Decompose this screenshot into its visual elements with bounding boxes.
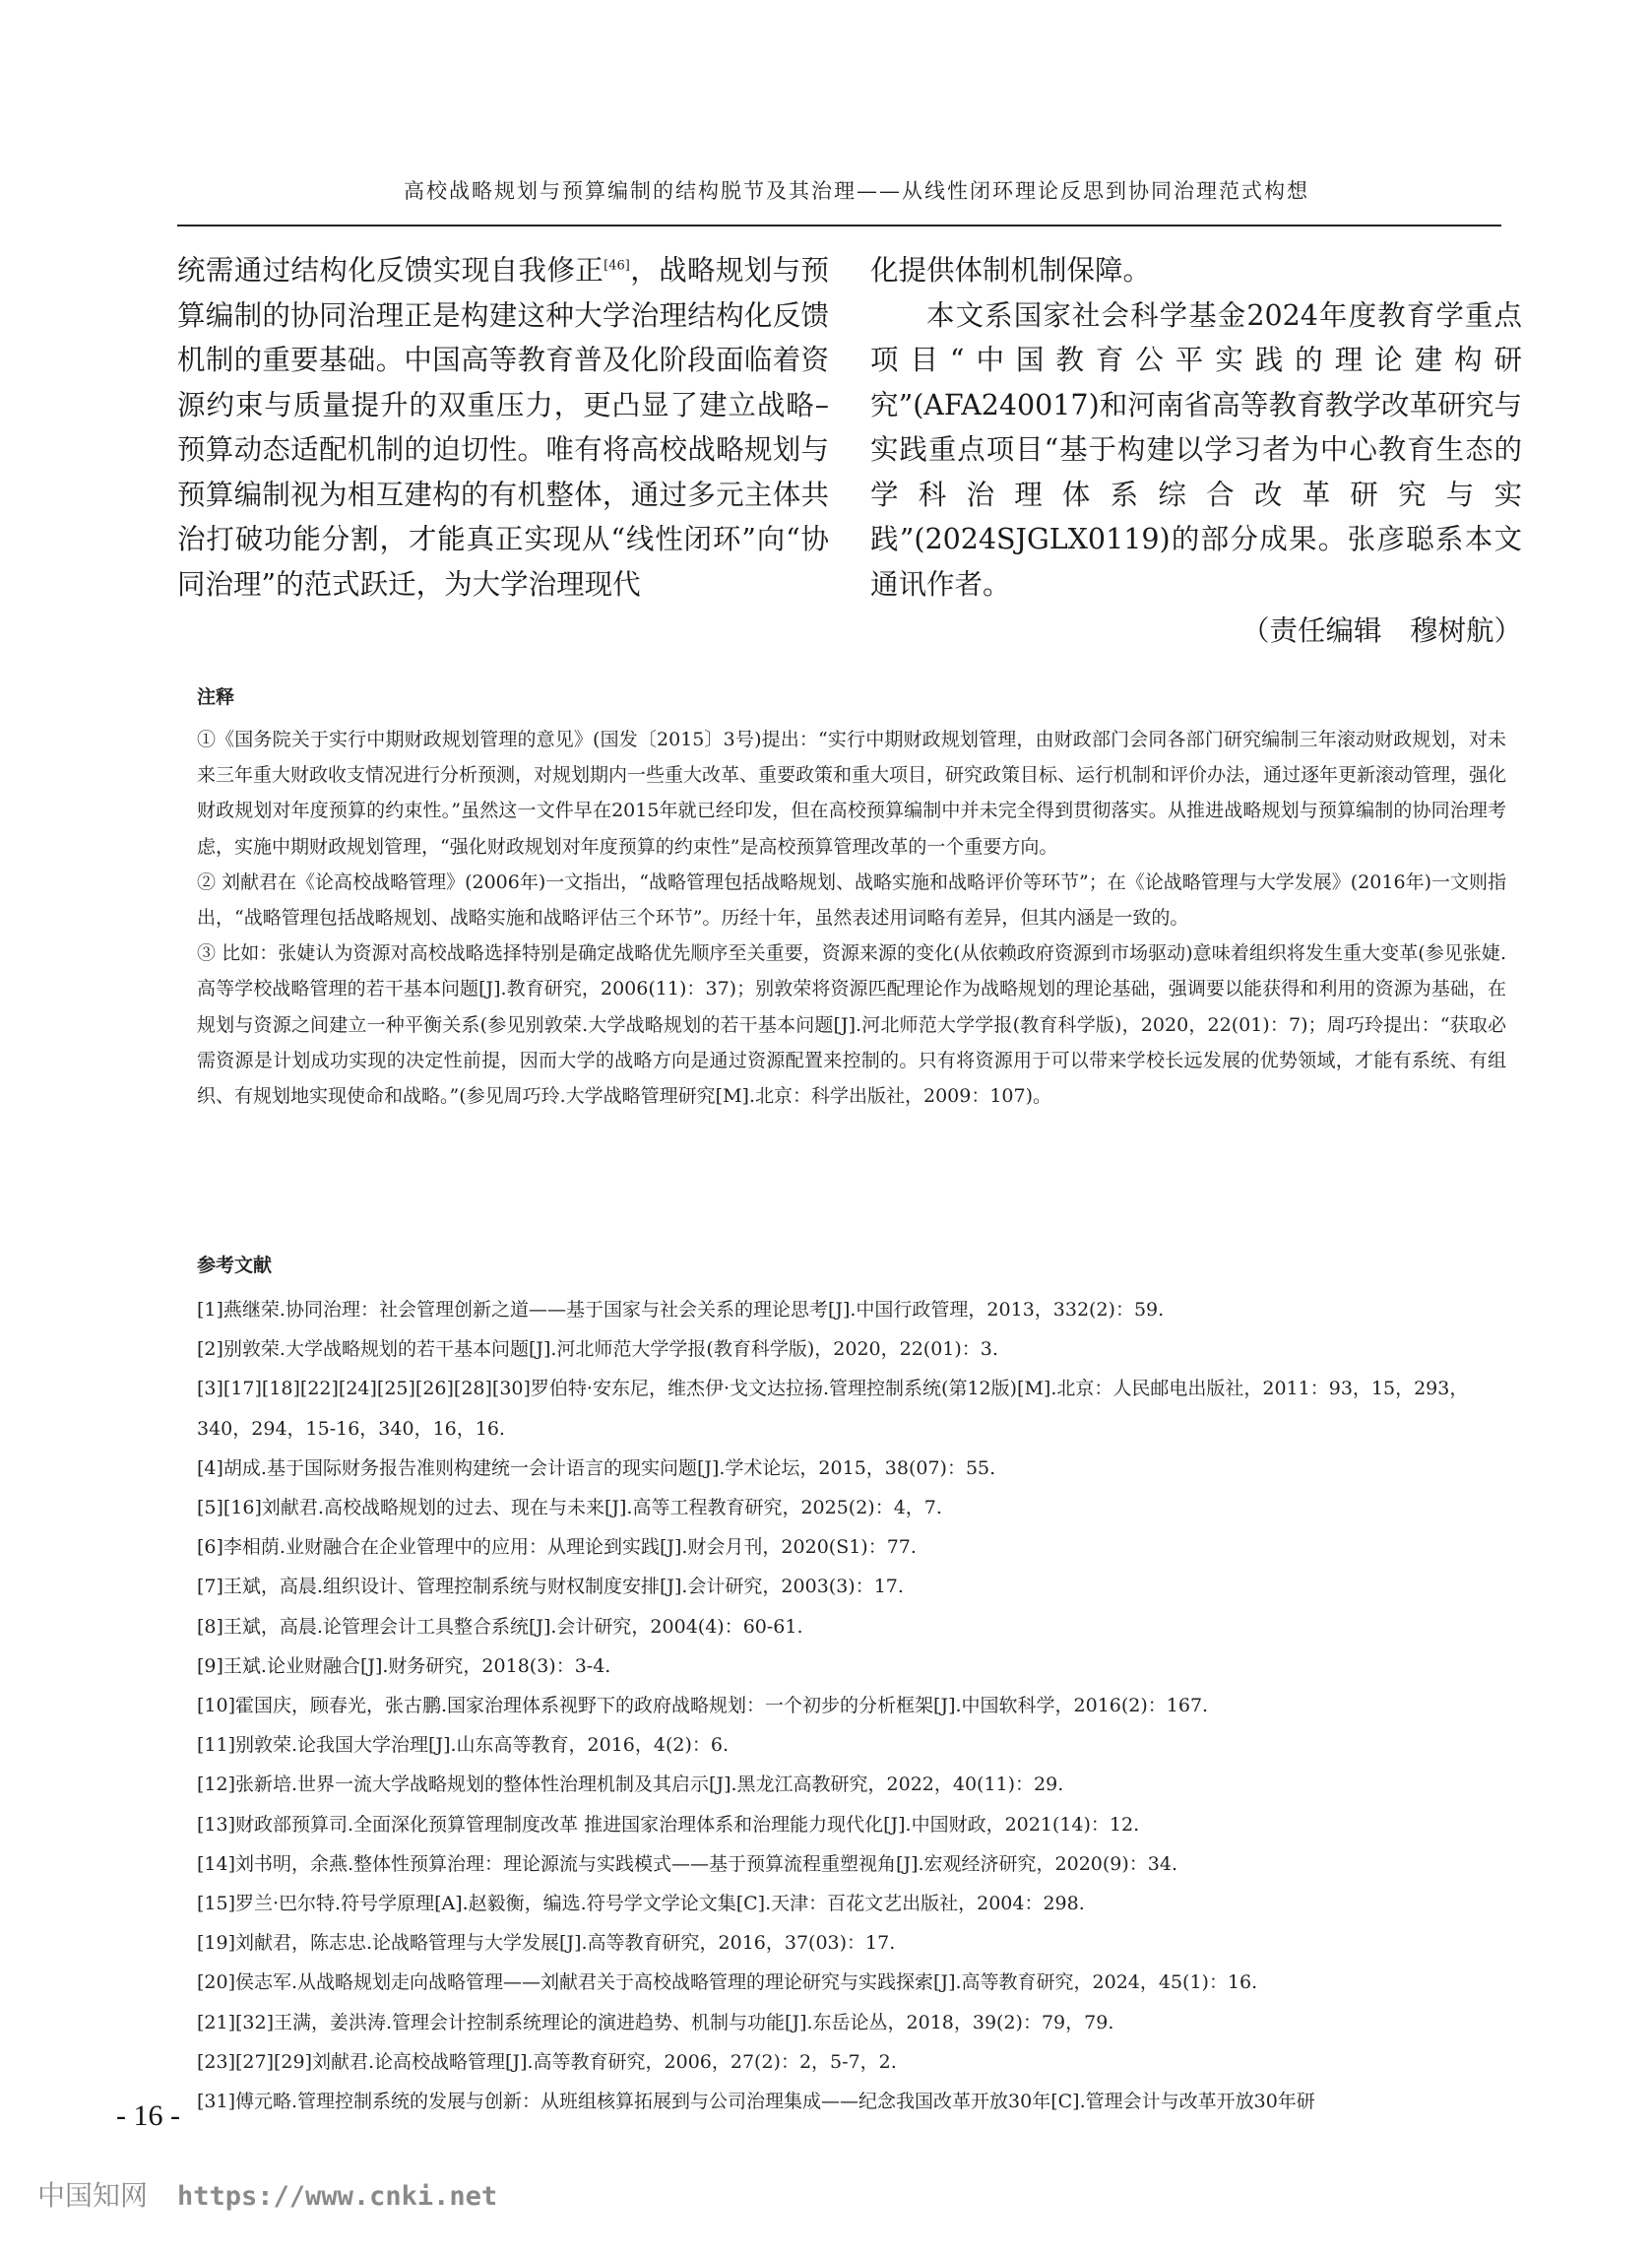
references-title: 参考文献 bbox=[197, 1251, 272, 1277]
header-rule bbox=[177, 225, 1501, 226]
reference-item: [15]罗兰·巴尔特.符号学原理[A].赵毅衡，编选.符号学文学论文集[C].天… bbox=[197, 1884, 1516, 1923]
reference-item: [20]侯志军.从战略规划走向战略管理——刘献君关于高校战略管理的理论研究与实践… bbox=[197, 1963, 1516, 2002]
cnki-watermark: 中国知网https://www.cnki.net bbox=[37, 2174, 497, 2214]
running-head: 高校战略规划与预算编制的结构脱节及其治理——从线性闭环理论反思到协同治理范式构想 bbox=[177, 175, 1536, 205]
reference-item: [31]傅元略.管理控制系统的发展与创新：从班组核算拓展到与公司治理集成——纪念… bbox=[197, 2082, 1516, 2121]
page-number: - 16 - bbox=[116, 2099, 180, 2133]
reference-item: [2]别敦荣.大学战略规划的若干基本问题[J].河北师范大学学报(教育科学版)，… bbox=[197, 1329, 1516, 1369]
note-item: ② 刘献君在《论高校战略管理》(2006年)一文指出，“战略管理包括战略规划、战… bbox=[197, 865, 1506, 935]
editor-credit: （责任编辑 穆树航） bbox=[870, 609, 1522, 654]
reference-item: [7]王斌，高晨.组织设计、管理控制系统与财权制度安排[J].会计研究，2003… bbox=[197, 1567, 1516, 1606]
body-text: 统需通过结构化反馈实现自我修正 bbox=[177, 254, 604, 287]
reference-item: [9]王斌.论业财融合[J].财务研究，2018(3)：3-4. bbox=[197, 1646, 1516, 1686]
watermark-url[interactable]: https://www.cnki.net bbox=[177, 2181, 497, 2212]
references-list: [1]燕继荣.协同治理：社会管理创新之道——基于国家与社会关系的理论思考[J].… bbox=[197, 1290, 1516, 2121]
notes-list: ①《国务院关于实行中期财政规划管理的意见》(国发〔2015〕3号)提出：“实行中… bbox=[197, 722, 1506, 1114]
reference-item: [12]张新培.世界一流大学战略规划的整体性治理机制及其启示[J].黑龙江高教研… bbox=[197, 1765, 1516, 1804]
reference-item: [6]李相荫.业财融合在企业管理中的应用：从理论到实践[J].财会月刊，2020… bbox=[197, 1527, 1516, 1567]
citation-superscript[interactable]: [46] bbox=[604, 259, 630, 274]
reference-item: [23][27][29]刘献君.论高校战略管理[J].高等教育研究，2006，2… bbox=[197, 2042, 1516, 2082]
reference-item: [10]霍国庆，顾春光，张古鹏.国家治理体系视野下的政府战略规划：一个初步的分析… bbox=[197, 1686, 1516, 1725]
reference-item: [4]胡成.基于国际财务报告准则构建统一会计语言的现实问题[J].学术论坛，20… bbox=[197, 1449, 1516, 1488]
body-column-left: 统需通过结构化反馈实现自我修正[46]，战略规划与预算编制的协同治理正是构建这种… bbox=[177, 248, 829, 607]
notes-title: 注释 bbox=[197, 682, 234, 709]
body-column-right: 化提供体制机制保障。 本文系国家社会科学基金2024年度教育学重点项目“中国教育… bbox=[870, 248, 1522, 654]
body-continuation: 化提供体制机制保障。 bbox=[870, 248, 1522, 293]
reference-item: [3][17][18][22][24][25][26][28][30]罗伯特·安… bbox=[197, 1369, 1516, 1448]
reference-item: [11]别敦荣.论我国大学治理[J].山东高等教育，2016，4(2)：6. bbox=[197, 1725, 1516, 1765]
body-paragraph: 统需通过结构化反馈实现自我修正[46]，战略规划与预算编制的协同治理正是构建这种… bbox=[177, 248, 829, 607]
funding-note: 本文系国家社会科学基金2024年度教育学重点项目“中国教育公平实践的理论建构研究… bbox=[870, 293, 1522, 608]
reference-item: [13]财政部预算司.全面深化预算管理制度改革 推进国家治理体系和治理能力现代化… bbox=[197, 1805, 1516, 1844]
reference-item: [21][32]王满，姜洪涛.管理会计控制系统理论的演进趋势、机制与功能[J].… bbox=[197, 2003, 1516, 2042]
reference-item: [14]刘书明，余燕.整体性预算治理：理论源流与实践模式——基于预算流程重塑视角… bbox=[197, 1844, 1516, 1884]
reference-item: [19]刘献君，陈志忠.论战略管理与大学发展[J].高等教育研究，2016，37… bbox=[197, 1923, 1516, 1963]
reference-item: [5][16]刘献君.高校战略规划的过去、现在与未来[J].高等工程教育研究，2… bbox=[197, 1488, 1516, 1527]
note-item: ①《国务院关于实行中期财政规划管理的意见》(国发〔2015〕3号)提出：“实行中… bbox=[197, 722, 1506, 865]
watermark-name: 中国知网 bbox=[37, 2179, 148, 2212]
body-text: ，战略规划与预算编制的协同治理正是构建这种大学治理结构化反馈机制的重要基础。中国… bbox=[177, 254, 829, 601]
note-item: ③ 比如：张婕认为资源对高校战略选择特别是确定战略优先顺序至关重要，资源来源的变… bbox=[197, 935, 1506, 1114]
reference-item: [8]王斌，高晨.论管理会计工具整合系统[J].会计研究，2004(4)：60-… bbox=[197, 1607, 1516, 1646]
reference-item: [1]燕继荣.协同治理：社会管理创新之道——基于国家与社会关系的理论思考[J].… bbox=[197, 1290, 1516, 1329]
